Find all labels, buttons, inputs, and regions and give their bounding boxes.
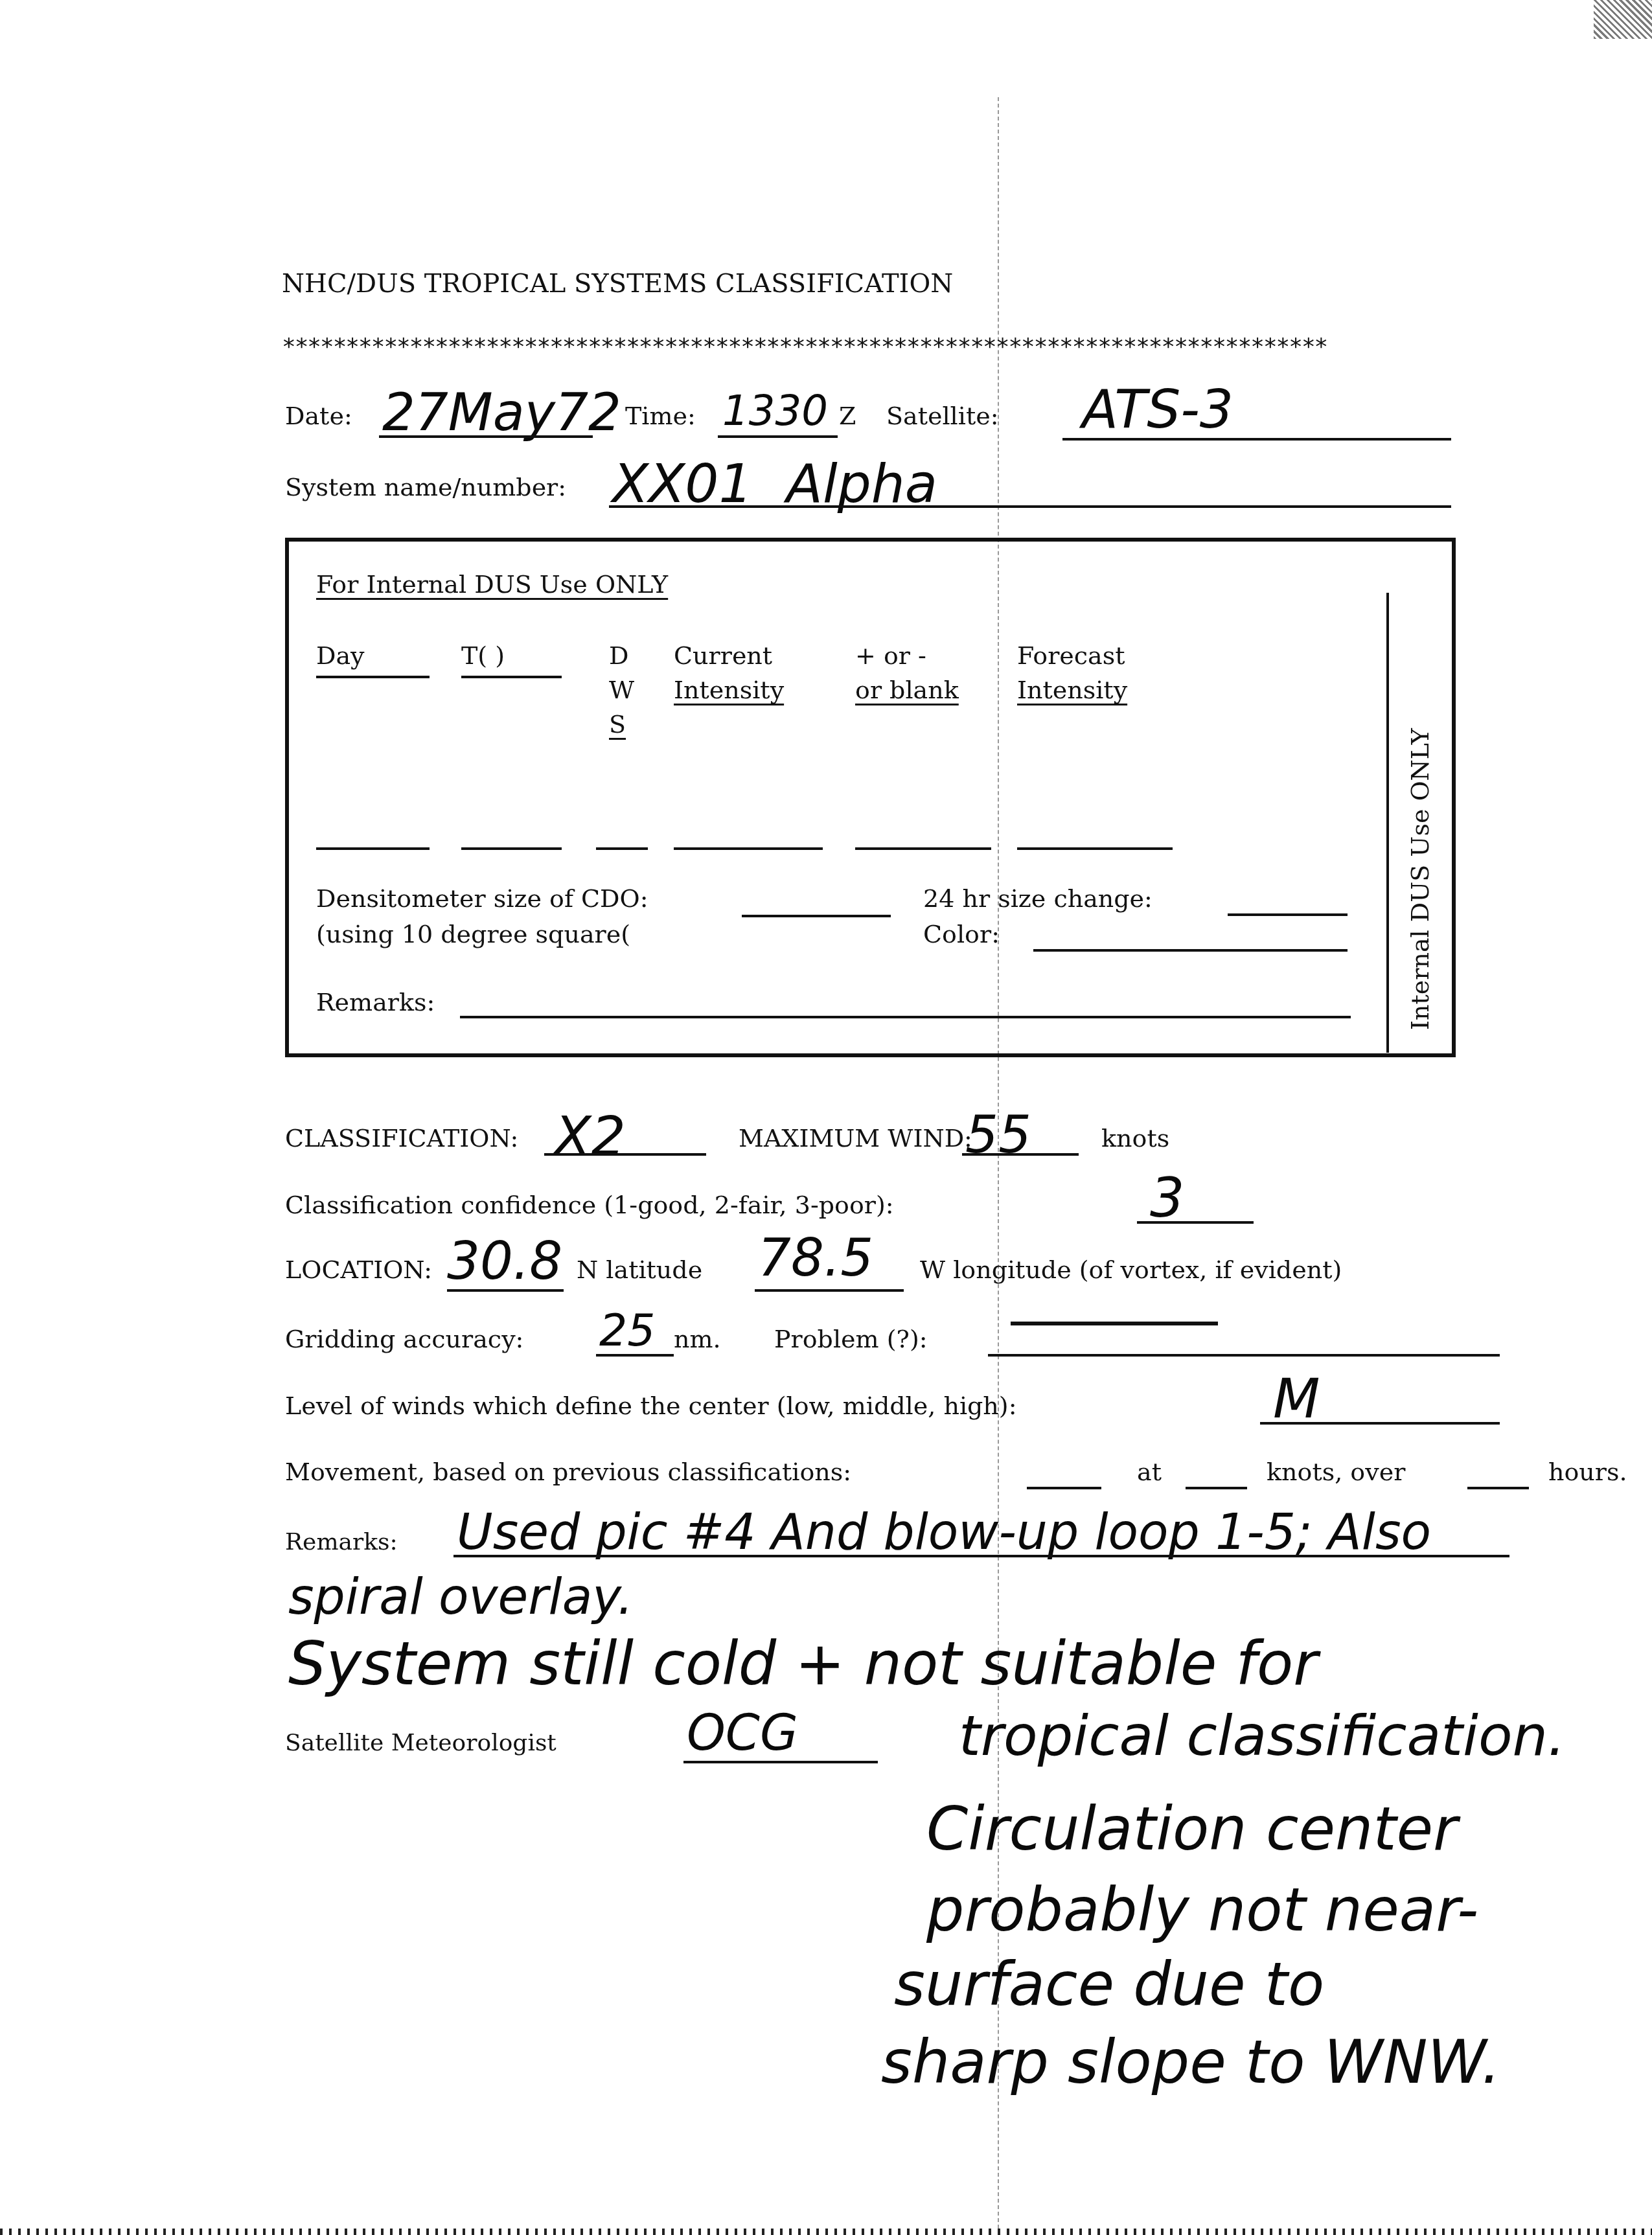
time-label: Time: xyxy=(625,402,696,430)
internal-remarks-field[interactable] xyxy=(460,1016,1351,1018)
color-label: Color: xyxy=(923,920,1000,948)
t-field[interactable] xyxy=(461,847,562,850)
densitometer-sub: (using 10 degree square( xyxy=(316,920,630,948)
max-wind-value[interactable]: 55 xyxy=(965,1105,1031,1165)
separator: ****************************************… xyxy=(282,334,1448,360)
gridding-value[interactable]: 25 xyxy=(599,1305,656,1357)
level-label: Level of winds which define the center (… xyxy=(285,1392,1016,1420)
col-dws-w: W xyxy=(609,676,634,704)
internal-use-box xyxy=(285,538,1456,1057)
size-change-label: 24 hr size change: xyxy=(923,884,1153,913)
gridding-label: Gridding accuracy: xyxy=(285,1325,523,1353)
classification-label: CLASSIFICATION: xyxy=(285,1124,518,1152)
max-wind-label: MAXIMUM WIND: xyxy=(739,1124,972,1152)
side-label: Internal DUS Use ONLY xyxy=(1406,728,1434,1030)
col-current-1: Current xyxy=(674,641,772,670)
col-dws-s: S xyxy=(609,710,626,739)
movement-hours-field[interactable] xyxy=(1467,1487,1529,1489)
densitometer-field[interactable] xyxy=(742,915,891,917)
extra-note-3[interactable]: surface due to xyxy=(894,1950,1324,2019)
problem-label: Problem (?): xyxy=(774,1325,928,1353)
movement-knots: knots, over xyxy=(1267,1458,1405,1486)
latitude-label: N latitude xyxy=(577,1255,702,1284)
classification-value[interactable]: X2 xyxy=(554,1105,626,1168)
system-label: System name/number: xyxy=(285,473,566,501)
remarks-label: Remarks: xyxy=(285,1529,398,1555)
dws-field[interactable] xyxy=(596,847,648,850)
longitude-label: W longitude (of vortex, if evident) xyxy=(920,1255,1342,1284)
location-label: LOCATION: xyxy=(285,1255,432,1284)
knots-label: knots xyxy=(1101,1124,1169,1152)
col-t: T( ) xyxy=(461,641,505,670)
scan-artifact xyxy=(1594,0,1652,39)
extra-note-4[interactable]: sharp slope to WNW. xyxy=(881,2028,1500,2097)
col-day: Day xyxy=(316,641,365,670)
date-value[interactable]: 27May72 xyxy=(382,382,621,442)
remarks-line-1[interactable]: Used pic #4 And blow-up loop 1-5; Also xyxy=(457,1503,1431,1561)
day-field[interactable] xyxy=(316,847,430,850)
confidence-label: Classification confidence (1-good, 2-fai… xyxy=(285,1191,894,1219)
movement-direction-field[interactable] xyxy=(1027,1487,1101,1489)
time-value[interactable]: 1330 xyxy=(722,387,828,435)
plusminus-field[interactable] xyxy=(855,847,991,850)
meteorologist-label: Satellite Meteorologist xyxy=(285,1730,556,1756)
forecast-intensity-field[interactable] xyxy=(1017,847,1173,850)
extra-note-1[interactable]: Circulation center xyxy=(926,1794,1458,1864)
form-title: NHC/DUS TROPICAL SYSTEMS CLASSIFICATION xyxy=(282,269,953,299)
longitude-value[interactable]: 78.5 xyxy=(758,1228,873,1288)
current-intensity-field[interactable] xyxy=(674,847,823,850)
remarks-line-3[interactable]: System still cold + not suitable for xyxy=(288,1629,1318,1699)
date-label: Date: xyxy=(285,402,352,430)
gridding-unit: nm. xyxy=(674,1325,721,1353)
col-dws-d: D xyxy=(609,641,628,670)
movement-hours: hours. xyxy=(1548,1458,1627,1486)
size-change-field[interactable] xyxy=(1228,913,1348,916)
remarks-line-4[interactable]: tropical classification. xyxy=(959,1704,1565,1769)
col-forecast-1: Forecast xyxy=(1017,641,1125,670)
densitometer-label: Densitometer size of CDO: xyxy=(316,884,648,913)
problem-field[interactable] xyxy=(988,1354,1500,1357)
time-suffix: Z xyxy=(839,402,856,430)
confidence-value[interactable]: 3 xyxy=(1150,1166,1184,1230)
level-value[interactable]: M xyxy=(1273,1367,1320,1430)
movement-label: Movement, based on previous classificati… xyxy=(285,1458,851,1486)
extra-note-2[interactable]: probably not near- xyxy=(926,1875,1478,1945)
movement-at: at xyxy=(1137,1458,1162,1486)
remarks-line-2[interactable]: spiral overlay. xyxy=(288,1568,633,1625)
col-current-2: Intensity xyxy=(674,676,784,704)
movement-speed-field[interactable] xyxy=(1186,1487,1247,1489)
satellite-value[interactable]: ATS-3 xyxy=(1082,379,1233,441)
internal-remarks-label: Remarks: xyxy=(316,988,435,1016)
scan-bottom-edge xyxy=(0,2229,1652,2235)
internal-heading: For Internal DUS Use ONLY xyxy=(316,570,668,599)
latitude-value[interactable]: 30.8 xyxy=(447,1231,562,1291)
satellite-label: Satellite: xyxy=(886,402,998,430)
col-pm-2: or blank xyxy=(855,676,959,704)
meteorologist-value[interactable]: OCG xyxy=(687,1704,798,1761)
col-forecast-2: Intensity xyxy=(1017,676,1127,704)
color-field[interactable] xyxy=(1033,949,1348,952)
problem-dash xyxy=(1011,1322,1218,1325)
col-pm-1: + or - xyxy=(855,641,926,670)
